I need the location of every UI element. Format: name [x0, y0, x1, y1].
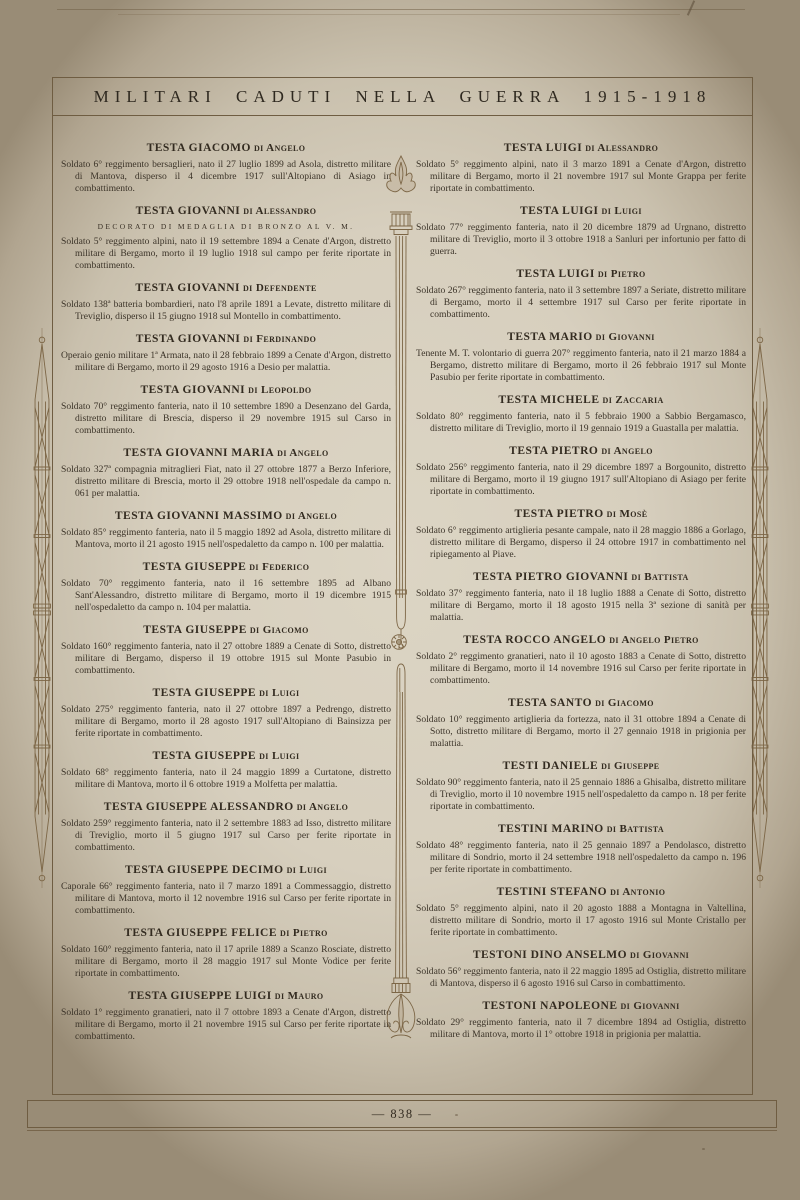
- memorial-entry: TESTA PIETRO GIOVANNIdi Battista Soldato…: [416, 571, 746, 624]
- soldier-name: TESTA GIOVANNI MASSIMO: [115, 510, 283, 522]
- soldier-name: TESTA LUIGI: [504, 142, 582, 154]
- soldier-patronymic: di Angelo: [601, 445, 652, 457]
- soldier-patronymic: di Giovanni: [630, 949, 689, 961]
- soldier-patronymic: di Battista: [607, 823, 664, 835]
- entry-body: Soldato 138ª batteria bombardieri, nato …: [61, 299, 391, 323]
- page-title: MILITARI CADUTI NELLA GUERRA 1915-1918: [94, 87, 712, 107]
- memorial-entry: TESTA GIOVANNI MARIAdi Angelo Soldato 32…: [61, 447, 391, 500]
- soldier-name: TESTA GIACOMO: [147, 142, 251, 154]
- memorial-entry: TESTA LUIGIdi Alessandro Soldato 5° regg…: [416, 142, 746, 195]
- soldier-patronymic: di Angelo: [254, 142, 305, 154]
- entry-body: Soldato 267° reggimento fanteria, nato i…: [416, 285, 746, 321]
- memorial-entry: TESTA MICHELEdi Zaccaria Soldato 80° reg…: [416, 394, 746, 435]
- soldier-name: TESTA GIUSEPPE: [152, 750, 256, 762]
- soldier-name: TESTA GIOVANNI: [136, 333, 241, 345]
- memorial-entry: TESTA GIUSEPPE LUIGIdi Mauro Soldato 1° …: [61, 990, 391, 1043]
- memorial-entry: TESTA SANTOdi Giacomo Soldato 10° reggim…: [416, 697, 746, 750]
- column-base-ornament: [383, 660, 419, 1052]
- entry-heading: TESTONI DINO ANSELMOdi Giovanni: [416, 949, 746, 961]
- soldier-name: TESTA LUIGI: [520, 205, 598, 217]
- soldier-patronymic: di Luigi: [602, 205, 642, 217]
- torch-column-ornament: [383, 152, 419, 652]
- page-number: — 838 —: [372, 1107, 433, 1122]
- entry-heading: TESTA GIUSEPPEdi Giacomo: [61, 624, 391, 636]
- page-top-rule: [57, 9, 745, 10]
- soldier-patronymic: di Antonio: [610, 886, 665, 898]
- soldier-name: TESTA GIUSEPPE: [152, 687, 256, 699]
- soldier-patronymic: di Mosè: [607, 508, 648, 520]
- entry-body: Soldato 70° reggimento fanteria, nato il…: [61, 401, 391, 437]
- memorial-entry: TESTA GIACOMOdi Angelo Soldato 6° reggim…: [61, 142, 391, 195]
- entry-heading: TESTINI STEFANOdi Antonio: [416, 886, 746, 898]
- entry-heading: TESTA GIUSEPPEdi Federico: [61, 561, 391, 573]
- entry-body: Soldato 80° reggimento fanteria, nato il…: [416, 411, 746, 435]
- soldier-name: TESTA GIOVANNI: [135, 282, 240, 294]
- soldier-name: TESTA LUIGI: [516, 268, 594, 280]
- entry-heading: TESTA GIUSEPPEdi Luigi: [61, 750, 391, 762]
- soldier-name: TESTA SANTO: [508, 697, 592, 709]
- soldier-patronymic: di Angelo: [297, 801, 348, 813]
- soldier-patronymic: di Giacomo: [595, 697, 654, 709]
- entry-body: Soldato 5° reggimento alpini, nato il 3 …: [416, 159, 746, 195]
- rosette-ornament: [390, 633, 408, 651]
- memorial-entry: TESTA GIOVANNIdi Leopoldo Soldato 70° re…: [61, 384, 391, 437]
- memorial-entry: TESTONI NAPOLEONEdi Giovanni Soldato 29°…: [416, 1000, 746, 1041]
- entry-heading: TESTA SANTOdi Giacomo: [416, 697, 746, 709]
- entry-heading: TESTA GIOVANNI MASSIMOdi Angelo: [61, 510, 391, 522]
- soldier-name: TESTINI MARINO: [498, 823, 604, 835]
- entry-body: Soldato 1° reggimento granatieri, nato i…: [61, 1007, 391, 1043]
- soldier-patronymic: di Angelo Pietro: [609, 634, 699, 646]
- soldier-patronymic: di Giovanni: [596, 331, 655, 343]
- entry-body: Soldato 85° reggimento fanteria, nato il…: [61, 527, 391, 551]
- scan-artifact-speck: [702, 1148, 705, 1150]
- entry-heading: TESTA GIUSEPPEdi Luigi: [61, 687, 391, 699]
- entry-heading: TESTA GIOVANNIdi Leopoldo: [61, 384, 391, 396]
- soldier-name: TESTINI STEFANO: [497, 886, 608, 898]
- soldier-name: TESTA GIUSEPPE ALESSANDRO: [104, 801, 294, 813]
- entry-body: Soldato 70° reggimento fanteria, nato il…: [61, 578, 391, 614]
- entry-body: Soldato 160° reggimento fanteria, nato i…: [61, 944, 391, 980]
- left-column: TESTA GIACOMOdi Angelo Soldato 6° reggim…: [61, 142, 391, 1094]
- entry-body: Soldato 90° reggimento fanteria, nato il…: [416, 777, 746, 813]
- soldier-name: TESTONI DINO ANSELMO: [473, 949, 627, 961]
- memorial-entry: TESTA LUIGIdi Luigi Soldato 77° reggimen…: [416, 205, 746, 258]
- entry-heading: TESTA GIOVANNIdi Defendente: [61, 282, 391, 294]
- entry-body: Soldato 160° reggimento fanteria, nato i…: [61, 641, 391, 677]
- soldier-name: TESTA MARIO: [507, 331, 592, 343]
- page-top-rule-faint: [118, 14, 680, 15]
- memorial-entry: TESTA GIUSEPPE ALESSANDROdi Angelo Solda…: [61, 801, 391, 854]
- soldier-patronymic: di Giacomo: [250, 624, 309, 636]
- entry-body: Soldato 37° reggimento fanteria, nato il…: [416, 588, 746, 624]
- soldier-patronymic: di Mauro: [275, 990, 324, 1002]
- soldier-name: TESTA MICHELE: [498, 394, 599, 406]
- entry-heading: TESTA PIETRO GIOVANNIdi Battista: [416, 571, 746, 583]
- memorial-entry: TESTA GIUSEPPEdi Luigi Soldato 275° regg…: [61, 687, 391, 740]
- memorial-entry: TESTA PIETROdi Mosè Soldato 6° reggiment…: [416, 508, 746, 561]
- soldier-patronymic: di Alessandro: [243, 205, 316, 217]
- scan-artifact-pen-stroke: [687, 0, 695, 15]
- soldier-patronymic: di Leopoldo: [248, 384, 311, 396]
- entry-body: Soldato 10° reggimento artiglieria da fo…: [416, 714, 746, 750]
- entry-body: Soldato 5° reggimento alpini, nato il 19…: [61, 236, 391, 272]
- entry-body: Soldato 29° reggimento fanteria, nato il…: [416, 1017, 746, 1041]
- memorial-entry: TESTINI STEFANOdi Antonio Soldato 5° reg…: [416, 886, 746, 939]
- entry-heading: TESTA LUIGIdi Pietro: [416, 268, 746, 280]
- page-number-band: — 838 —: [27, 1100, 777, 1128]
- soldier-name: TESTA GIUSEPPE FELICE: [124, 927, 277, 939]
- memorial-entry: TESTA GIOVANNIdi Defendente Soldato 138ª…: [61, 282, 391, 323]
- scanned-page: MILITARI CADUTI NELLA GUERRA 1915-1918 T…: [0, 0, 800, 1200]
- entry-heading: TESTA GIACOMOdi Angelo: [61, 142, 391, 154]
- soldier-patronymic: di Luigi: [287, 864, 327, 876]
- footer-double-rule: [27, 1130, 777, 1131]
- soldier-patronymic: di Defendente: [243, 282, 317, 294]
- decoration-line: DECORATO DI MEDAGLIA DI BRONZO AL V. M.: [61, 222, 391, 231]
- entry-body: Soldato 259° reggimento fanteria, nato i…: [61, 818, 391, 854]
- right-column: TESTA LUIGIdi Alessandro Soldato 5° regg…: [416, 142, 746, 1094]
- entry-heading: TESTA LUIGIdi Alessandro: [416, 142, 746, 154]
- soldier-patronymic: di Battista: [631, 571, 688, 583]
- entry-heading: TESTA LUIGIdi Luigi: [416, 205, 746, 217]
- entry-heading: TESTA GIUSEPPE ALESSANDROdi Angelo: [61, 801, 391, 813]
- memorial-entry: TESTA LUIGIdi Pietro Soldato 267° reggim…: [416, 268, 746, 321]
- soldier-patronymic: di Ferdinando: [243, 333, 316, 345]
- soldier-patronymic: di Giovanni: [621, 1000, 680, 1012]
- memorial-entry: TESTA GIUSEPPEdi Luigi Soldato 68° reggi…: [61, 750, 391, 791]
- entry-heading: TESTA MARIOdi Giovanni: [416, 331, 746, 343]
- entry-body: Soldato 275° reggimento fanteria, nato i…: [61, 704, 391, 740]
- entry-heading: TESTA GIUSEPPE LUIGIdi Mauro: [61, 990, 391, 1002]
- soldier-patronymic: di Luigi: [259, 750, 299, 762]
- memorial-entry: TESTA GIUSEPPE FELICEdi Pietro Soldato 1…: [61, 927, 391, 980]
- soldier-patronymic: di Pietro: [598, 268, 646, 280]
- entry-heading: TESTA GIOVANNIdi Ferdinando: [61, 333, 391, 345]
- memorial-entry: TESTA GIOVANNIdi Ferdinando Operaio geni…: [61, 333, 391, 374]
- entry-heading: TESTA MICHELEdi Zaccaria: [416, 394, 746, 406]
- soldier-name: TESTA PIETRO: [509, 445, 598, 457]
- soldier-patronymic: di Angelo: [286, 510, 337, 522]
- memorial-entry: TESTA GIUSEPPE DECIMOdi Luigi Caporale 6…: [61, 864, 391, 917]
- entry-heading: TESTA GIOVANNI MARIAdi Angelo: [61, 447, 391, 459]
- soldier-name: TESTA GIUSEPPE: [143, 561, 247, 573]
- soldier-patronymic: di Alessandro: [585, 142, 658, 154]
- soldier-name: TESTI DANIELE: [502, 760, 598, 772]
- entry-heading: TESTI DANIELEdi Giuseppe: [416, 760, 746, 772]
- soldier-patronymic: di Luigi: [259, 687, 299, 699]
- soldier-name: TESTA GIOVANNI: [140, 384, 245, 396]
- soldier-name: TESTA GIUSEPPE: [143, 624, 247, 636]
- entry-heading: TESTA ROCCO ANGELOdi Angelo Pietro: [416, 634, 746, 646]
- soldier-name: TESTA GIUSEPPE DECIMO: [125, 864, 284, 876]
- entry-body: Soldato 6° reggimento artiglieria pesant…: [416, 525, 746, 561]
- entry-heading: TESTA GIUSEPPE DECIMOdi Luigi: [61, 864, 391, 876]
- soldier-name: TESTA GIOVANNI: [136, 205, 241, 217]
- entry-body: Operaio genio militare 1ª Armata, nato i…: [61, 350, 391, 374]
- entry-heading: TESTA GIOVANNIdi Alessandro: [61, 205, 391, 217]
- entry-heading: TESTA PIETROdi Mosè: [416, 508, 746, 520]
- soldier-name: TESTONI NAPOLEONE: [482, 1000, 617, 1012]
- soldier-patronymic: di Zaccaria: [603, 394, 664, 406]
- soldier-patronymic: di Federico: [249, 561, 309, 573]
- soldier-patronymic: di Giuseppe: [601, 760, 659, 772]
- entry-body: Soldato 6° reggimento bersaglieri, nato …: [61, 159, 391, 195]
- title-band: MILITARI CADUTI NELLA GUERRA 1915-1918: [53, 78, 752, 116]
- entry-heading: TESTA GIUSEPPE FELICEdi Pietro: [61, 927, 391, 939]
- entry-body: Caporale 66° reggimento fanteria, nato i…: [61, 881, 391, 917]
- soldier-patronymic: di Angelo: [277, 447, 328, 459]
- memorial-entry: TESTI DANIELEdi Giuseppe Soldato 90° reg…: [416, 760, 746, 813]
- entry-body: Soldato 327ª compagnia mitraglieri Fiat,…: [61, 464, 391, 500]
- entry-body: Soldato 5° reggimento alpini, nato il 20…: [416, 903, 746, 939]
- entry-heading: TESTA PIETROdi Angelo: [416, 445, 746, 457]
- entry-body: Soldato 2° reggimento granatieri, nato i…: [416, 651, 746, 687]
- soldier-name: TESTA GIUSEPPE LUIGI: [128, 990, 271, 1002]
- entry-body: Soldato 68° reggimento fanteria, nato il…: [61, 767, 391, 791]
- memorial-entry: TESTA GIUSEPPEdi Federico Soldato 70° re…: [61, 561, 391, 614]
- soldier-name: TESTA PIETRO GIOVANNI: [473, 571, 628, 583]
- memorial-entry: TESTA ROCCO ANGELOdi Angelo Pietro Solda…: [416, 634, 746, 687]
- entry-body: Soldato 256° reggimento fanteria, nato i…: [416, 462, 746, 498]
- soldier-name: TESTA PIETRO: [514, 508, 603, 520]
- memorial-entry: TESTA MARIOdi Giovanni Tenente M. T. vol…: [416, 331, 746, 384]
- soldier-name: TESTA GIOVANNI MARIA: [123, 447, 274, 459]
- entry-body: Tenente M. T. volontario di guerra 207° …: [416, 348, 746, 384]
- memorial-entry: TESTA PIETROdi Angelo Soldato 256° reggi…: [416, 445, 746, 498]
- soldier-name: TESTA ROCCO ANGELO: [463, 634, 606, 646]
- entry-heading: TESTINI MARINOdi Battista: [416, 823, 746, 835]
- memorial-entry: TESTA GIUSEPPEdi Giacomo Soldato 160° re…: [61, 624, 391, 677]
- memorial-entry: TESTINI MARINOdi Battista Soldato 48° re…: [416, 823, 746, 876]
- memorial-entry: TESTONI DINO ANSELMOdi Giovanni Soldato …: [416, 949, 746, 990]
- entry-body: Soldato 77° reggimento fanteria, nato il…: [416, 222, 746, 258]
- memorial-entry: TESTA GIOVANNI MASSIMOdi Angelo Soldato …: [61, 510, 391, 551]
- memorial-entry: TESTA GIOVANNIdi Alessandro DECORATO DI …: [61, 205, 391, 272]
- entry-heading: TESTONI NAPOLEONEdi Giovanni: [416, 1000, 746, 1012]
- entry-body: Soldato 56° reggimento fanteria, nato il…: [416, 966, 746, 990]
- soldier-patronymic: di Pietro: [280, 927, 328, 939]
- entry-body: Soldato 48° reggimento fanteria, nato il…: [416, 840, 746, 876]
